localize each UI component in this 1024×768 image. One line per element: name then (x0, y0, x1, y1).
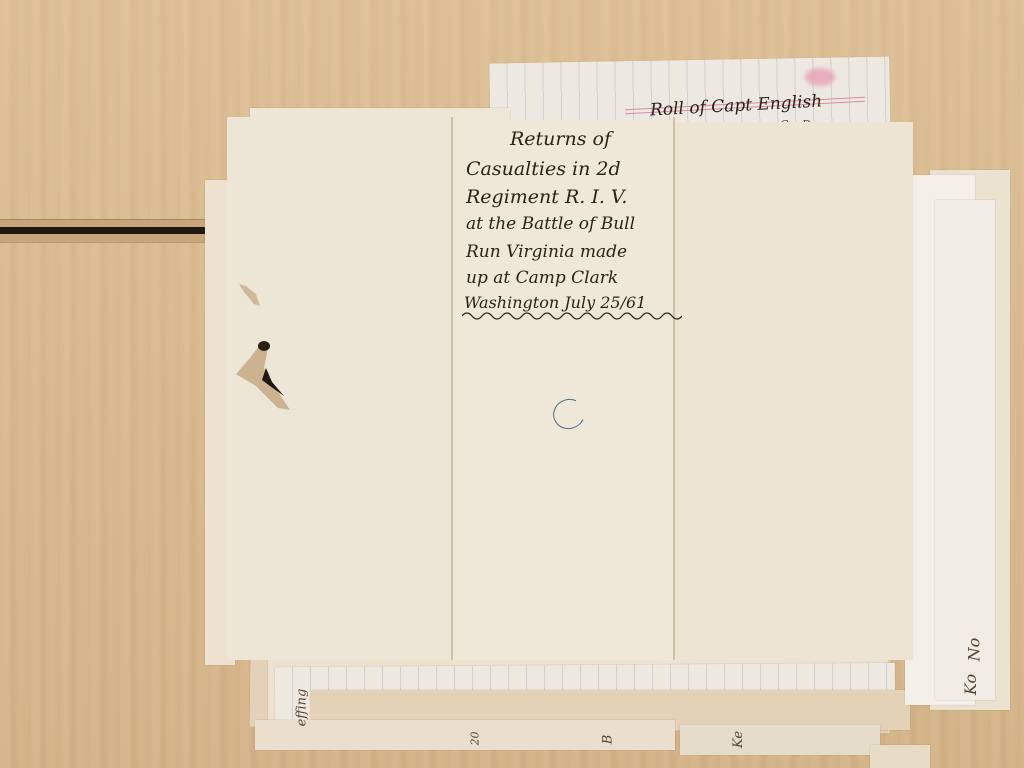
right-panel (675, 122, 913, 660)
docket-line-3: Regiment R. I. V. (466, 186, 627, 208)
table-rail (0, 219, 206, 243)
docket-line-2: Casualties in 2d (466, 158, 621, 180)
bottom-mark-1: effing (294, 689, 309, 727)
bottom-sheet-5 (680, 725, 880, 755)
bottom-mark-6: Ke (731, 731, 746, 748)
docket-line-6: up at Camp Clark (466, 268, 618, 288)
bottom-mark-3: 20 (469, 732, 482, 746)
fold-line-2 (673, 117, 675, 660)
wax-seal-fragment-large (234, 338, 292, 414)
right-mark-2: No (964, 638, 983, 662)
right-mark-1: Ko (961, 674, 980, 695)
docket-underline-flourish (462, 308, 682, 320)
pink-seal-mark (805, 68, 835, 86)
right-sheet-3 (935, 200, 995, 700)
corner-sheet (870, 745, 930, 768)
docket-line-4: at the Battle of Bull (466, 214, 635, 234)
wax-seal-fragment-small (236, 280, 264, 308)
rail-slot (0, 227, 206, 234)
docket-line-5: Run Virginia made (466, 242, 627, 262)
docket-line-1: Returns of (510, 128, 611, 150)
bottom-mark-4: B (600, 735, 615, 745)
fold-line-1 (451, 117, 453, 660)
